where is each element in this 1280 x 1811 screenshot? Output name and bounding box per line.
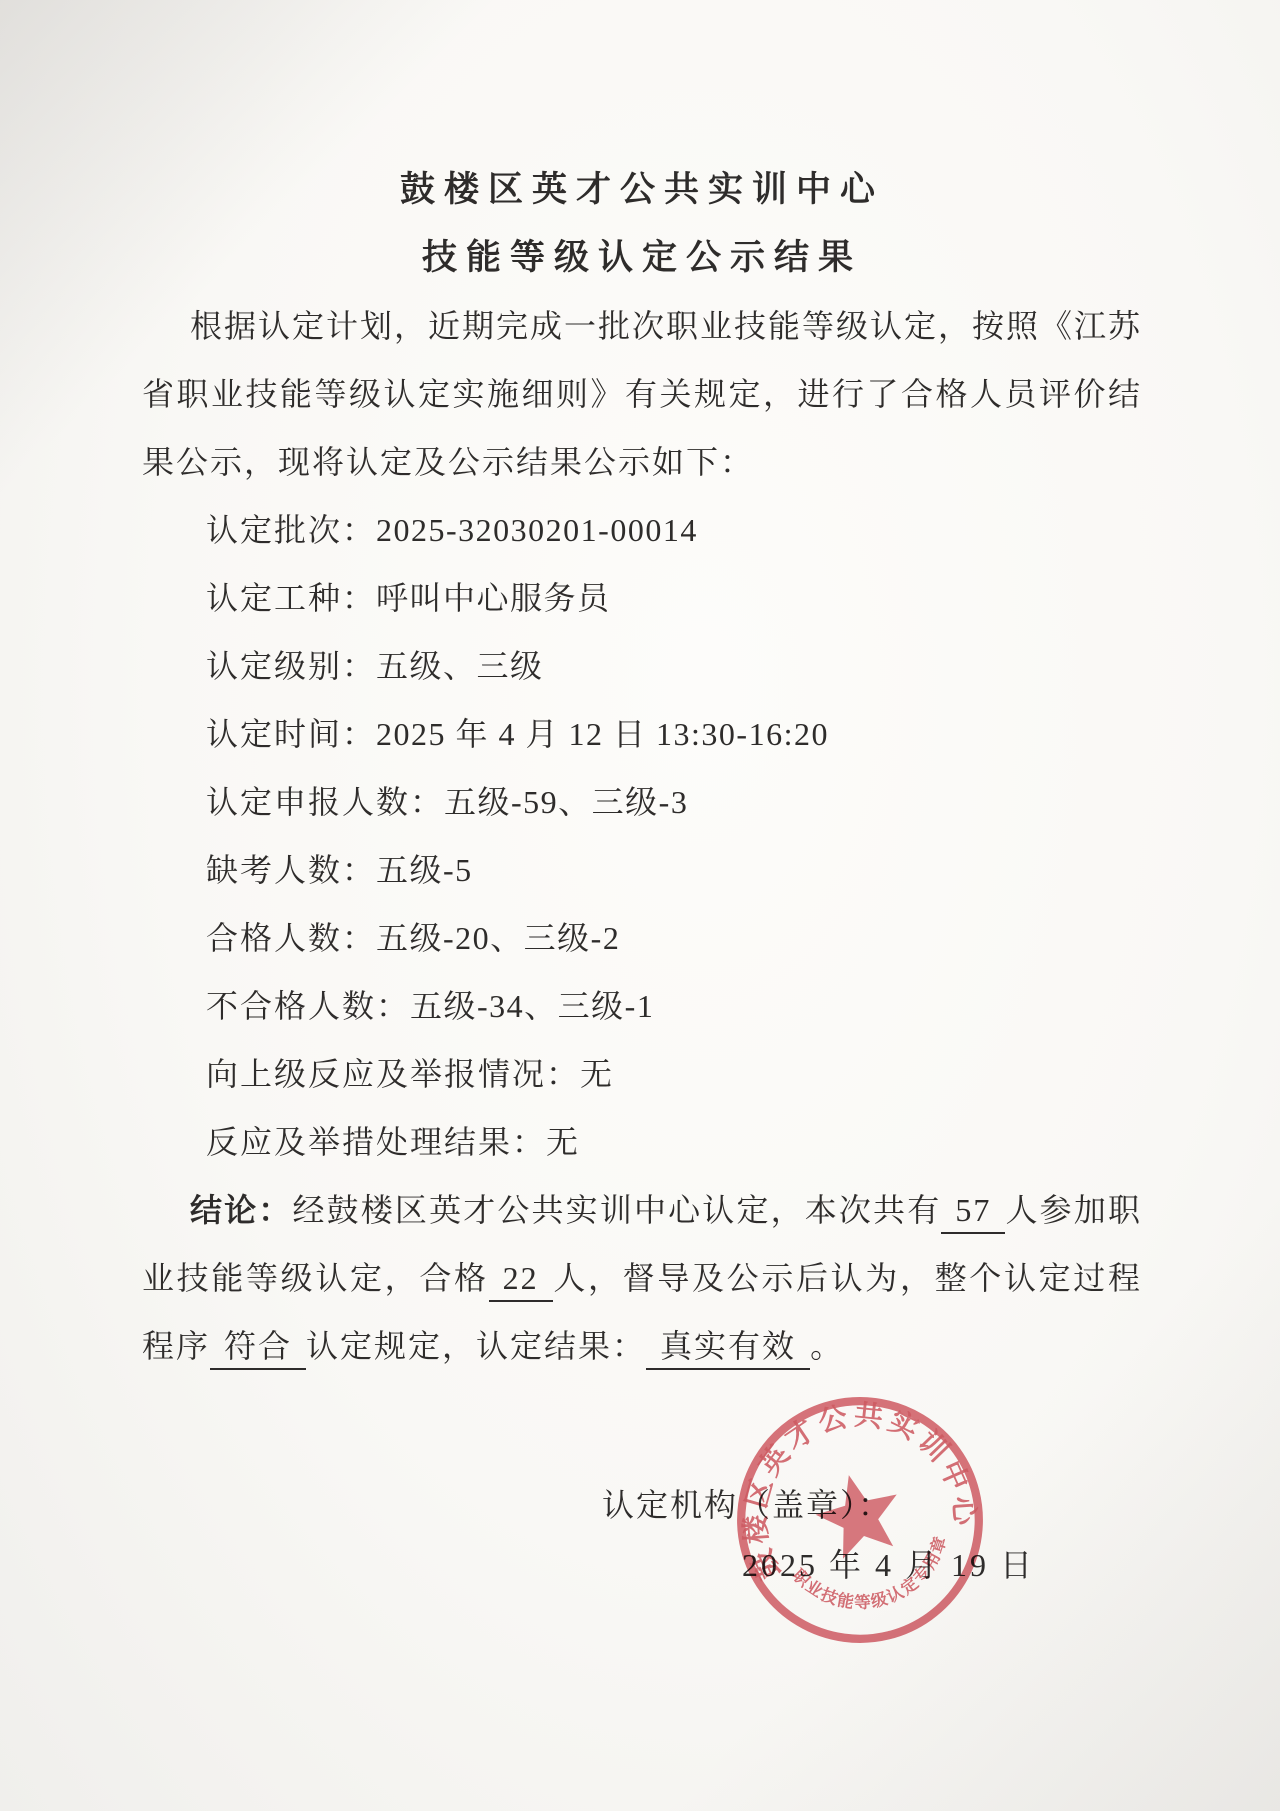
conclusion-text: 。 bbox=[810, 1328, 844, 1364]
conclusion-text: 经鼓楼区英才公共实训中心认定，本次共有 bbox=[292, 1192, 941, 1228]
detail-value: 呼叫中心服务员 bbox=[376, 580, 611, 616]
detail-value: 五级、三级 bbox=[376, 648, 544, 684]
detail-label: 认定工种： bbox=[206, 580, 376, 616]
detail-label: 向上级反应及举报情况： bbox=[206, 1056, 580, 1092]
document-body: 鼓楼区英才公共实训中心 技能等级认定公示结果 根据认定计划，近期完成一批次职业技… bbox=[142, 156, 1142, 1380]
intro-paragraph: 根据认定计划，近期完成一批次职业技能等级认定，按照《江苏省职业技能等级认定实施细… bbox=[142, 292, 1142, 496]
detail-row-absent: 缺考人数：五级-5 bbox=[142, 836, 1142, 904]
detail-row-occupation: 认定工种：呼叫中心服务员 bbox=[142, 564, 1142, 632]
detail-row-reports: 向上级反应及举报情况：无 bbox=[142, 1040, 1142, 1108]
conclusion-paragraph: 结论：经鼓楼区英才公共实训中心认定，本次共有57人参加职业技能等级认定，合格22… bbox=[142, 1176, 1142, 1380]
detail-value: 五级-34、三级-1 bbox=[410, 988, 654, 1024]
official-seal-stamp: 鼓楼区英才公共实训中心 职业技能等级认定专用章 bbox=[700, 1360, 1020, 1680]
certification-details-list: 认定批次：2025-32030201-00014 认定工种：呼叫中心服务员 认定… bbox=[142, 496, 1142, 1176]
procedure-result: 符合 bbox=[210, 1328, 306, 1370]
detail-label: 不合格人数： bbox=[206, 988, 410, 1024]
participants-count: 57 bbox=[941, 1192, 1005, 1234]
detail-row-batch: 认定批次：2025-32030201-00014 bbox=[142, 496, 1142, 564]
detail-value: 无 bbox=[580, 1056, 614, 1092]
detail-row-handling: 反应及举措处理结果：无 bbox=[142, 1108, 1142, 1176]
detail-label: 合格人数： bbox=[206, 920, 376, 956]
doc-title-line2: 技能等级认定公示结果 bbox=[142, 224, 1142, 292]
detail-value: 五级-59、三级-3 bbox=[444, 784, 688, 820]
detail-row-failed: 不合格人数：五级-34、三级-1 bbox=[142, 972, 1142, 1040]
final-result: 真实有效 bbox=[646, 1328, 810, 1370]
document-page: 鼓楼区英才公共实训中心 技能等级认定公示结果 根据认定计划，近期完成一批次职业技… bbox=[0, 0, 1280, 1811]
detail-label: 认定申报人数： bbox=[206, 784, 444, 820]
detail-label: 认定批次： bbox=[206, 512, 376, 548]
detail-row-time: 认定时间：2025 年 4 月 12 日 13:30-16:20 bbox=[142, 700, 1142, 768]
detail-value: 五级-20、三级-2 bbox=[376, 920, 620, 956]
detail-value: 2025-32030201-00014 bbox=[376, 512, 698, 548]
passed-count: 22 bbox=[489, 1260, 553, 1302]
seal-graphic: 鼓楼区英才公共实训中心 职业技能等级认定专用章 bbox=[700, 1360, 1020, 1680]
detail-row-applicants: 认定申报人数：五级-59、三级-3 bbox=[142, 768, 1142, 836]
detail-label: 反应及举措处理结果： bbox=[206, 1124, 546, 1160]
detail-row-levels: 认定级别：五级、三级 bbox=[142, 632, 1142, 700]
detail-row-passed: 合格人数：五级-20、三级-2 bbox=[142, 904, 1142, 972]
conclusion-text: 认定规定，认定结果： bbox=[306, 1328, 646, 1364]
detail-value: 2025 年 4 月 12 日 13:30-16:20 bbox=[376, 716, 829, 752]
detail-label: 缺考人数： bbox=[206, 852, 376, 888]
detail-value: 无 bbox=[546, 1124, 580, 1160]
doc-title-line1: 鼓楼区英才公共实训中心 bbox=[142, 156, 1142, 224]
detail-label: 认定级别： bbox=[206, 648, 376, 684]
detail-value: 五级-5 bbox=[376, 852, 473, 888]
detail-label: 认定时间： bbox=[206, 716, 376, 752]
seal-star-icon bbox=[808, 1465, 908, 1562]
conclusion-label: 结论： bbox=[190, 1192, 292, 1228]
